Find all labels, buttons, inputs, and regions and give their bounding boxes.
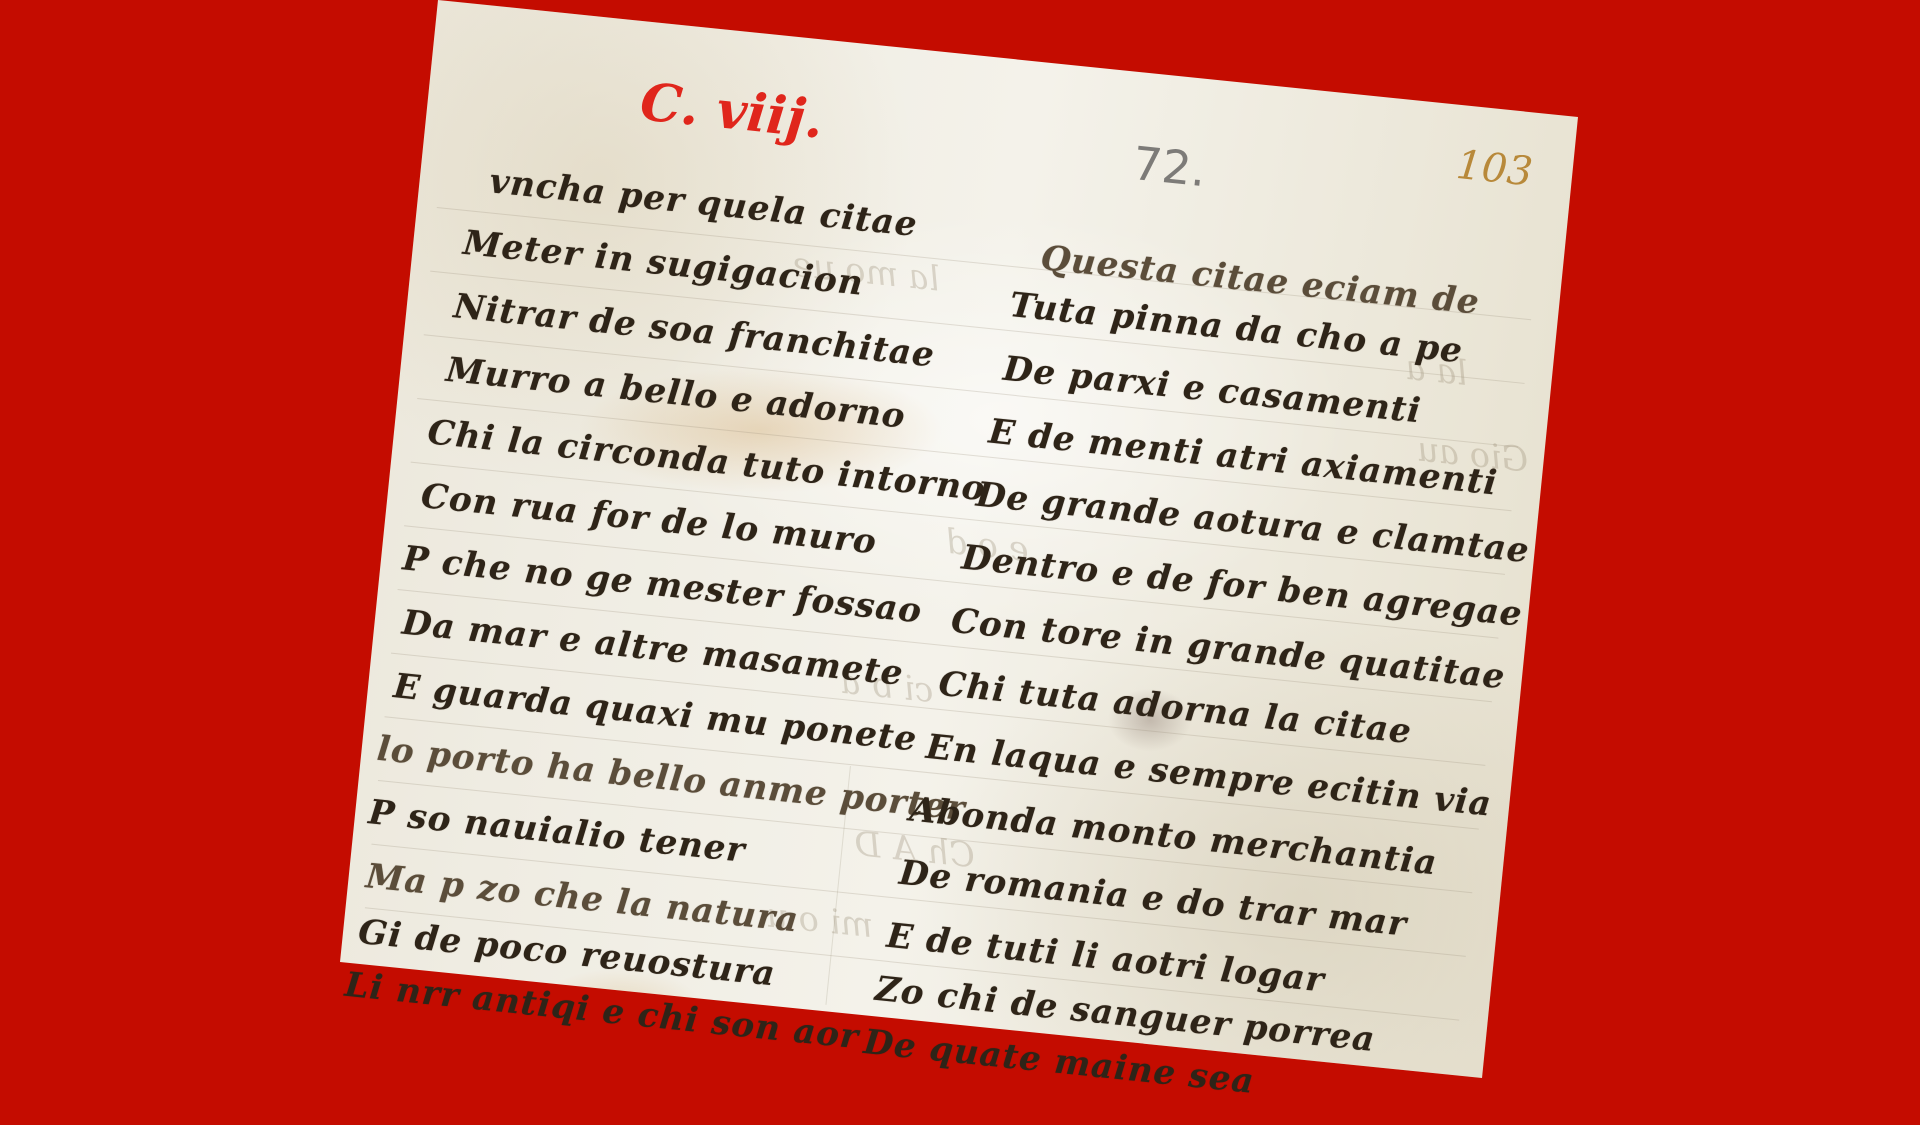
chapter-rubric: C. viij. [638, 76, 826, 146]
verse-line-left: P so nauialio tener [367, 795, 747, 867]
verse-line-left: vncha per quela citae [488, 164, 919, 242]
verse-line-left: Meter in sugigacion [462, 226, 866, 301]
verse-line-right: De parxi e casamenti [1002, 352, 1423, 429]
folio-number-pencil: 72. [1131, 140, 1208, 193]
manuscript-page: la mo ue la a Gio au e o d ci b a Ch A D… [339, 0, 1578, 1078]
folio-number-ink: 103 [1454, 145, 1534, 193]
red-background: la mo ue la a Gio au e o d ci b a Ch A D… [0, 0, 1920, 1080]
verse-line-left: Li nrr antiqi e chi son aor [343, 968, 860, 1055]
